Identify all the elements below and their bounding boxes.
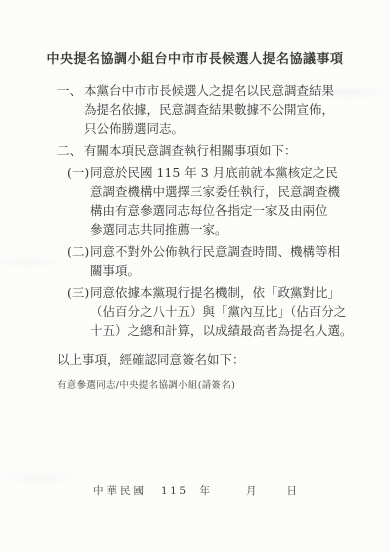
date-era: 中華民國 — [93, 483, 147, 498]
text-line: 為提名依據，民意調查結果數據不公開宣佈， — [84, 100, 352, 119]
list-item-number: 二、 — [57, 141, 84, 160]
sub-item-3: (三) 同意依據本黨現行提名機制，依「政黨對比」 （佔百分之八十五）與「黨內互比… — [67, 283, 352, 340]
text-line: 有關本項民意調查執行相關事項如下： — [84, 141, 352, 160]
list-item-text: 有關本項民意調查執行相關事項如下： — [84, 141, 352, 160]
sub-item-text: 同意不對外公佈執行民意調查時間、機構等相 關事項。 — [90, 242, 352, 280]
date-day-label: 日 — [287, 483, 298, 498]
list-item-1: 一、 本黨台中市市長候選人之提名以民意調查結果 為提名依據，民意調查結果數據不公… — [57, 81, 352, 138]
list-item-number: 一、 — [57, 81, 84, 138]
date-line: 中華民國 115 年 月 日 — [0, 483, 390, 498]
numbered-list: 一、 本黨台中市市長候選人之提名以民意調查結果 為提名依據，民意調查結果數據不公… — [57, 81, 352, 340]
sub-item-text: 同意依據本黨現行提名機制，依「政黨對比」 （佔百分之八十五）與「黨內互比」（佔百… — [90, 283, 353, 340]
text-line: （佔百分之八十五）與「黨內互比」（佔百分之 — [90, 302, 353, 321]
text-line: 意調查機構中選擇三家委任執行，民意調查機 — [90, 182, 352, 201]
text-line: 構由有意參選同志每位各指定一家及由兩位 — [90, 201, 352, 220]
document-page: 中央提名協調小組台中市市長候選人提名協議事項 一、 本黨台中市市長候選人之提名以… — [0, 0, 390, 552]
signature-instruction: 有意參選同志/中央提名協調小組(請簽名) — [57, 377, 352, 391]
text-line: 同意依據本黨現行提名機制，依「政黨對比」 — [90, 283, 353, 302]
text-line: 本黨台中市市長候選人之提名以民意調查結果 — [84, 81, 352, 100]
text-line: 只公佈勝選同志。 — [84, 119, 352, 138]
signature-area — [0, 391, 390, 471]
sub-item-number: (二) — [67, 242, 90, 280]
sub-item-text: 同意於民國 115 年 3 月底前就本黨核定之民 意調查機構中選擇三家委任執行，… — [90, 163, 352, 239]
text-line: 同意不對外公佈執行民意調查時間、機構等相 — [90, 242, 352, 261]
date-year: 115 — [161, 485, 189, 497]
sub-item-2: (二) 同意不對外公佈執行民意調查時間、機構等相 關事項。 — [67, 242, 352, 280]
date-month-label: 月 — [246, 483, 257, 498]
sub-item-number: (一) — [67, 163, 90, 239]
document-title: 中央提名協調小組台中市市長候選人提名協議事項 — [0, 0, 390, 67]
list-item-2: 二、 有關本項民意調查執行相關事項如下： — [57, 141, 352, 160]
date-year-label: 年 — [200, 483, 211, 498]
sub-list: (一) 同意於民國 115 年 3 月底前就本黨核定之民 意調查機構中選擇三家委… — [67, 163, 352, 340]
list-item-text: 本黨台中市市長候選人之提名以民意調查結果 為提名依據，民意調查結果數據不公開宣佈… — [84, 81, 352, 138]
sub-item-number: (三) — [67, 283, 90, 340]
text-line: 參選同志共同推薦一家。 — [90, 220, 352, 239]
closing-statement: 以上事項，經確認同意簽名如下： — [57, 350, 352, 369]
text-line: 十五）之總和計算，以成績最高者為提名人選。 — [90, 321, 353, 340]
sub-item-1: (一) 同意於民國 115 年 3 月底前就本黨核定之民 意調查機構中選擇三家委… — [67, 163, 352, 239]
text-line: 同意於民國 115 年 3 月底前就本黨核定之民 — [90, 163, 352, 182]
text-line: 關事項。 — [90, 261, 352, 280]
